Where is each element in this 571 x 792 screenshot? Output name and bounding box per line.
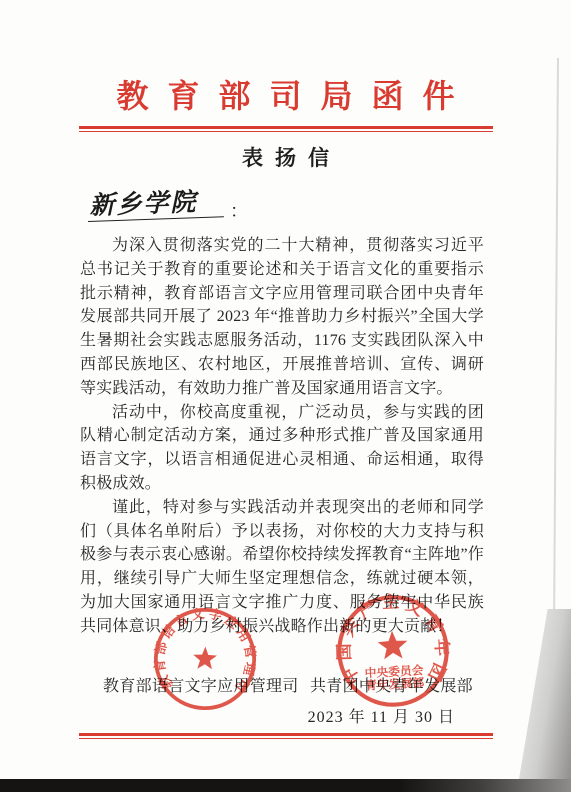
seal-center-text-line2: 青年发展部 (365, 676, 425, 693)
rule-thick-line (79, 733, 493, 736)
recipient-colon: ： (230, 200, 248, 222)
seal-right-graphic: 中国共产主义青年团 中央委员会 青年发展部 (331, 589, 455, 713)
seal-star-icon (193, 646, 217, 669)
footer-rule (79, 733, 493, 739)
letter-page: 教育部司局函件 表扬信 新乡学院 ： 为深入贯彻落实党的二十大精神，贯彻落实习近… (0, 0, 571, 792)
rule-thin-line (79, 131, 493, 132)
date-line: 2023 年 11 月 30 日 (0, 704, 571, 727)
recipient-line: 新乡学院 ： (88, 188, 571, 222)
rule-thin-line (79, 738, 493, 739)
seal-moe-language-dept: 教育部语言文字应用管理司 (149, 603, 261, 715)
letter-body: 为深入贯彻落实党的二十大精神，贯彻落实习近平总书记关于教育的重要论述和关于语言文… (80, 234, 484, 639)
scan-bottom-right-corner (519, 609, 571, 779)
rule-thick-line (79, 126, 493, 129)
letterhead: 教育部司局函件 (0, 76, 571, 132)
paragraph-1: 为深入贯彻落实党的二十大精神，贯彻落实习近平总书记关于教育的重要论述和关于语言文… (80, 234, 484, 401)
recipient-name-handwritten: 新乡学院 (87, 189, 224, 222)
letterhead-title: 教育部司局函件 (0, 76, 571, 116)
letter-title: 表扬信 (0, 144, 571, 172)
seal-star-icon (377, 630, 408, 660)
letterhead-rule (79, 126, 493, 132)
seal-left-graphic: 教育部语言文字应用管理司 (149, 603, 261, 715)
scan-bottom-edge (0, 779, 571, 792)
seal-youth-league: 中国共产主义青年团 中央委员会 青年发展部 (331, 589, 455, 713)
paragraph-2: 活动中，你校高度重视，广泛动员，参与实践的团队精心制定活动方案，通过多种形式推广… (80, 401, 484, 496)
